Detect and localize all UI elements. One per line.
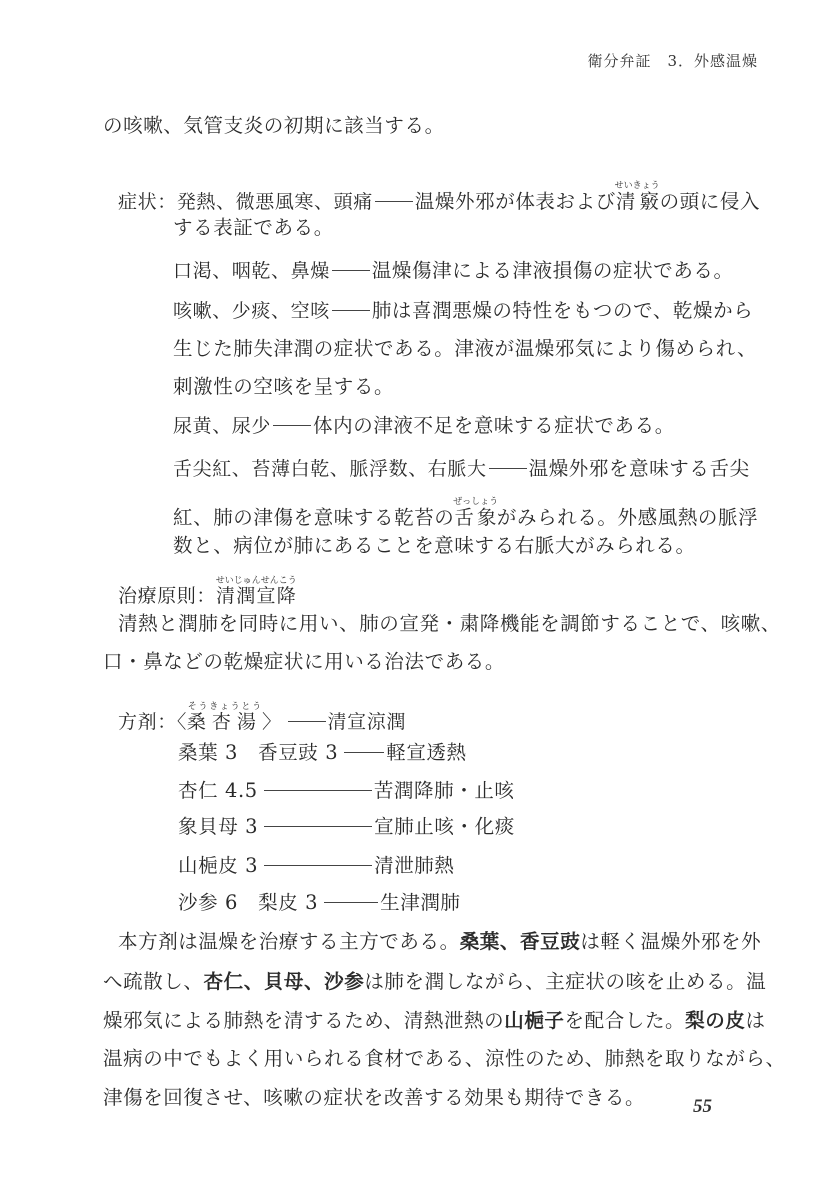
em-dash [489, 468, 527, 469]
explanation-p1-l5: 津傷を回復させ、咳嗽の症状を改善する効果も期待できる。 [103, 1088, 645, 1108]
em-dash [324, 902, 378, 903]
herb-names: 象貝母 3 [178, 815, 258, 838]
herb-effect: 清泄肺熱 [374, 854, 454, 877]
ruby-base: 舌象 [453, 506, 498, 529]
symptom-desc: の頭に侵入 [660, 190, 761, 213]
formula-action: 清宣涼潤 [328, 711, 406, 733]
em-dash [264, 826, 372, 827]
em-dash [375, 201, 413, 202]
symptoms-label: 症状： [118, 191, 177, 213]
formula-heading: 方剤：〈桑杏湯そうきょうとう〉清宣涼潤 [118, 702, 406, 732]
herb-row: 象貝母 3宣肺止咳・化痰 [178, 817, 515, 837]
formula-label: 方剤： [118, 711, 177, 733]
treatment-label: 治療原則： [118, 585, 216, 607]
symptom-desc: 肺は喜潤悪燥の特性をもつので、乾燥から [372, 299, 754, 322]
symptom-5-cont1: 紅、肺の津傷を意味する乾苔の舌象ぜっしょうがみられる。外感風熱の脈浮 [173, 497, 758, 528]
herb-effect: 生津潤肺 [380, 891, 460, 914]
symptom-desc: 温燥外邪を意味する舌尖 [529, 457, 750, 480]
em-dash [264, 790, 372, 791]
symptom-4: 尿黄、尿少体内の津液不足を意味する症状である。 [173, 416, 675, 436]
symptom-desc: がみられる。外感風熱の脈浮 [497, 506, 758, 529]
herb-effect: 軽宣透熱 [386, 741, 466, 764]
em-dash [332, 310, 370, 311]
bracket-close: 〉 [262, 711, 282, 733]
herb-row: 杏仁 4.5苦潤降肺・止咳 [178, 781, 515, 801]
text: は [745, 1009, 765, 1032]
symptom-term: 発熱、微悪風寒、頭痛 [177, 191, 373, 213]
ruby-text: せいきょう [615, 181, 660, 191]
treatment-para-line2: 口・鼻などの乾燥症状に用いる治法である。 [103, 652, 505, 672]
bold-herb: 梨の皮 [685, 1009, 745, 1032]
em-dash [264, 865, 372, 866]
ruby-text: そうきょうとう [187, 702, 262, 712]
symptom-desc: 紅、肺の津傷を意味する乾苔の [173, 506, 454, 529]
herb-names: 山梔皮 3 [178, 854, 258, 877]
symptom-1: 症状：発熱、微悪風寒、頭痛温燥外邪が体表および清 せいきょう竅の頭に侵入 [118, 181, 760, 212]
ruby-base: 清潤宣降 [216, 585, 297, 607]
ruby-base: 清 [615, 190, 639, 213]
explanation-p1-l1: 本方剤は温燥を治療する主方である。桑葉、香豆豉は軽く温燥外邪を外 [118, 932, 761, 952]
explanation-p1-l2: へ疏散し、杏仁、貝母、沙参は肺を潤しながら、主症状の咳を止める。温 [103, 972, 766, 992]
text: 燥邪気による肺熱を清するため、清熱泄熱の [103, 1009, 504, 1032]
symptom-term: 咳嗽、少痰、空咳 [173, 300, 330, 322]
em-dash [344, 752, 384, 753]
herb-row: 桑葉 3 香豆豉 3軽宣透熱 [178, 743, 467, 763]
page-number: 55 [693, 1096, 712, 1118]
bracket-open: 〈 [177, 711, 187, 733]
symptom-desc: 温燥外邪が体表および [415, 190, 616, 213]
herb-names: 桑葉 3 香豆豉 3 [178, 741, 338, 764]
symptom-5-cont2: 数と、病位が肺にあることを意味する右脈大がみられる。 [173, 536, 696, 556]
formula-name: 桑杏湯そうきょうとう [187, 711, 262, 733]
symptom-term: 尿黄、尿少 [173, 415, 271, 437]
explanation-p1-l3: 燥邪気による肺熱を清するため、清熱泄熱の山梔子を配合した。梨の皮は [103, 1011, 766, 1031]
ruby-base: 竅 [639, 190, 659, 213]
treatment-principle: 清潤宣降せいじゅんせんこう [216, 585, 297, 607]
bold-herb: 山梔子 [504, 1009, 564, 1032]
symptom-1-cont: する表証である。 [173, 218, 334, 238]
text: 本方剤は温燥を治療する主方である。 [118, 930, 460, 953]
symptom-desc: 体内の津液不足を意味する症状である。 [313, 414, 675, 437]
em-dash [288, 721, 326, 722]
running-head: 衛分弁証 3．外感温燥 [587, 50, 758, 71]
text: を配合した。 [565, 1009, 686, 1032]
herb-row: 沙参 6 梨皮 3生津潤肺 [178, 893, 461, 913]
treatment-heading: 治療原則：清潤宣降せいじゅんせんこう [118, 576, 297, 606]
symptom-3-cont2: 刺激性の空咳を呈する。 [173, 377, 394, 397]
ruby-text: ぜっしょう [453, 497, 498, 507]
herb-names: 沙参 6 梨皮 3 [178, 891, 318, 914]
treatment-para-line1: 清熱と潤肺を同時に用い、肺の宣発・粛降機能を調節することで、咳嗽、 [118, 614, 781, 634]
symptom-term: 舌尖紅、苔薄白乾、脈浮数、右脈大 [173, 458, 487, 480]
symptom-2: 口渇、咽乾、鼻燥温燥傷津による津液損傷の症状である。 [173, 261, 734, 281]
symptom-3-cont1: 生じた肺失津潤の症状である。津液が温燥邪気により傷められ、 [173, 339, 757, 359]
em-dash [273, 425, 311, 426]
text: へ疏散し、 [103, 970, 204, 993]
symptom-desc: 温燥傷津による津液損傷の症状である。 [372, 259, 734, 282]
bold-herbs: 桑葉、香豆豉 [460, 930, 581, 953]
herb-effect: 苦潤降肺・止咳 [374, 779, 515, 802]
em-dash [332, 270, 370, 271]
herb-effect: 宣肺止咳・化痰 [374, 815, 515, 838]
herb-names: 杏仁 4.5 [178, 779, 258, 802]
text: は肺を潤しながら、主症状の咳を止める。温 [364, 970, 766, 993]
symptom-3: 咳嗽、少痰、空咳肺は喜潤悪燥の特性をもつので、乾燥から [173, 301, 753, 321]
herb-row: 山梔皮 3清泄肺熱 [178, 856, 455, 876]
symptom-term: 口渇、咽乾、鼻燥 [173, 260, 330, 282]
ruby-text: せいじゅんせんこう [216, 576, 297, 586]
ruby-zessho: 舌象ぜっしょう [454, 506, 497, 529]
ruby-base: 桑杏湯 [187, 711, 262, 733]
explanation-p1-l4: 温病の中でもよく用いられる食材である、涼性のため、肺熱を取りながら、 [103, 1049, 786, 1069]
intro-line: の咳嗽、気管支炎の初期に該当する。 [103, 116, 445, 136]
text: は軽く温燥外邪を外 [580, 930, 761, 953]
bold-herbs: 杏仁、貝母、沙参 [204, 970, 365, 993]
symptom-5: 舌尖紅、苔薄白乾、脈浮数、右脈大温燥外邪を意味する舌尖 [173, 459, 750, 479]
